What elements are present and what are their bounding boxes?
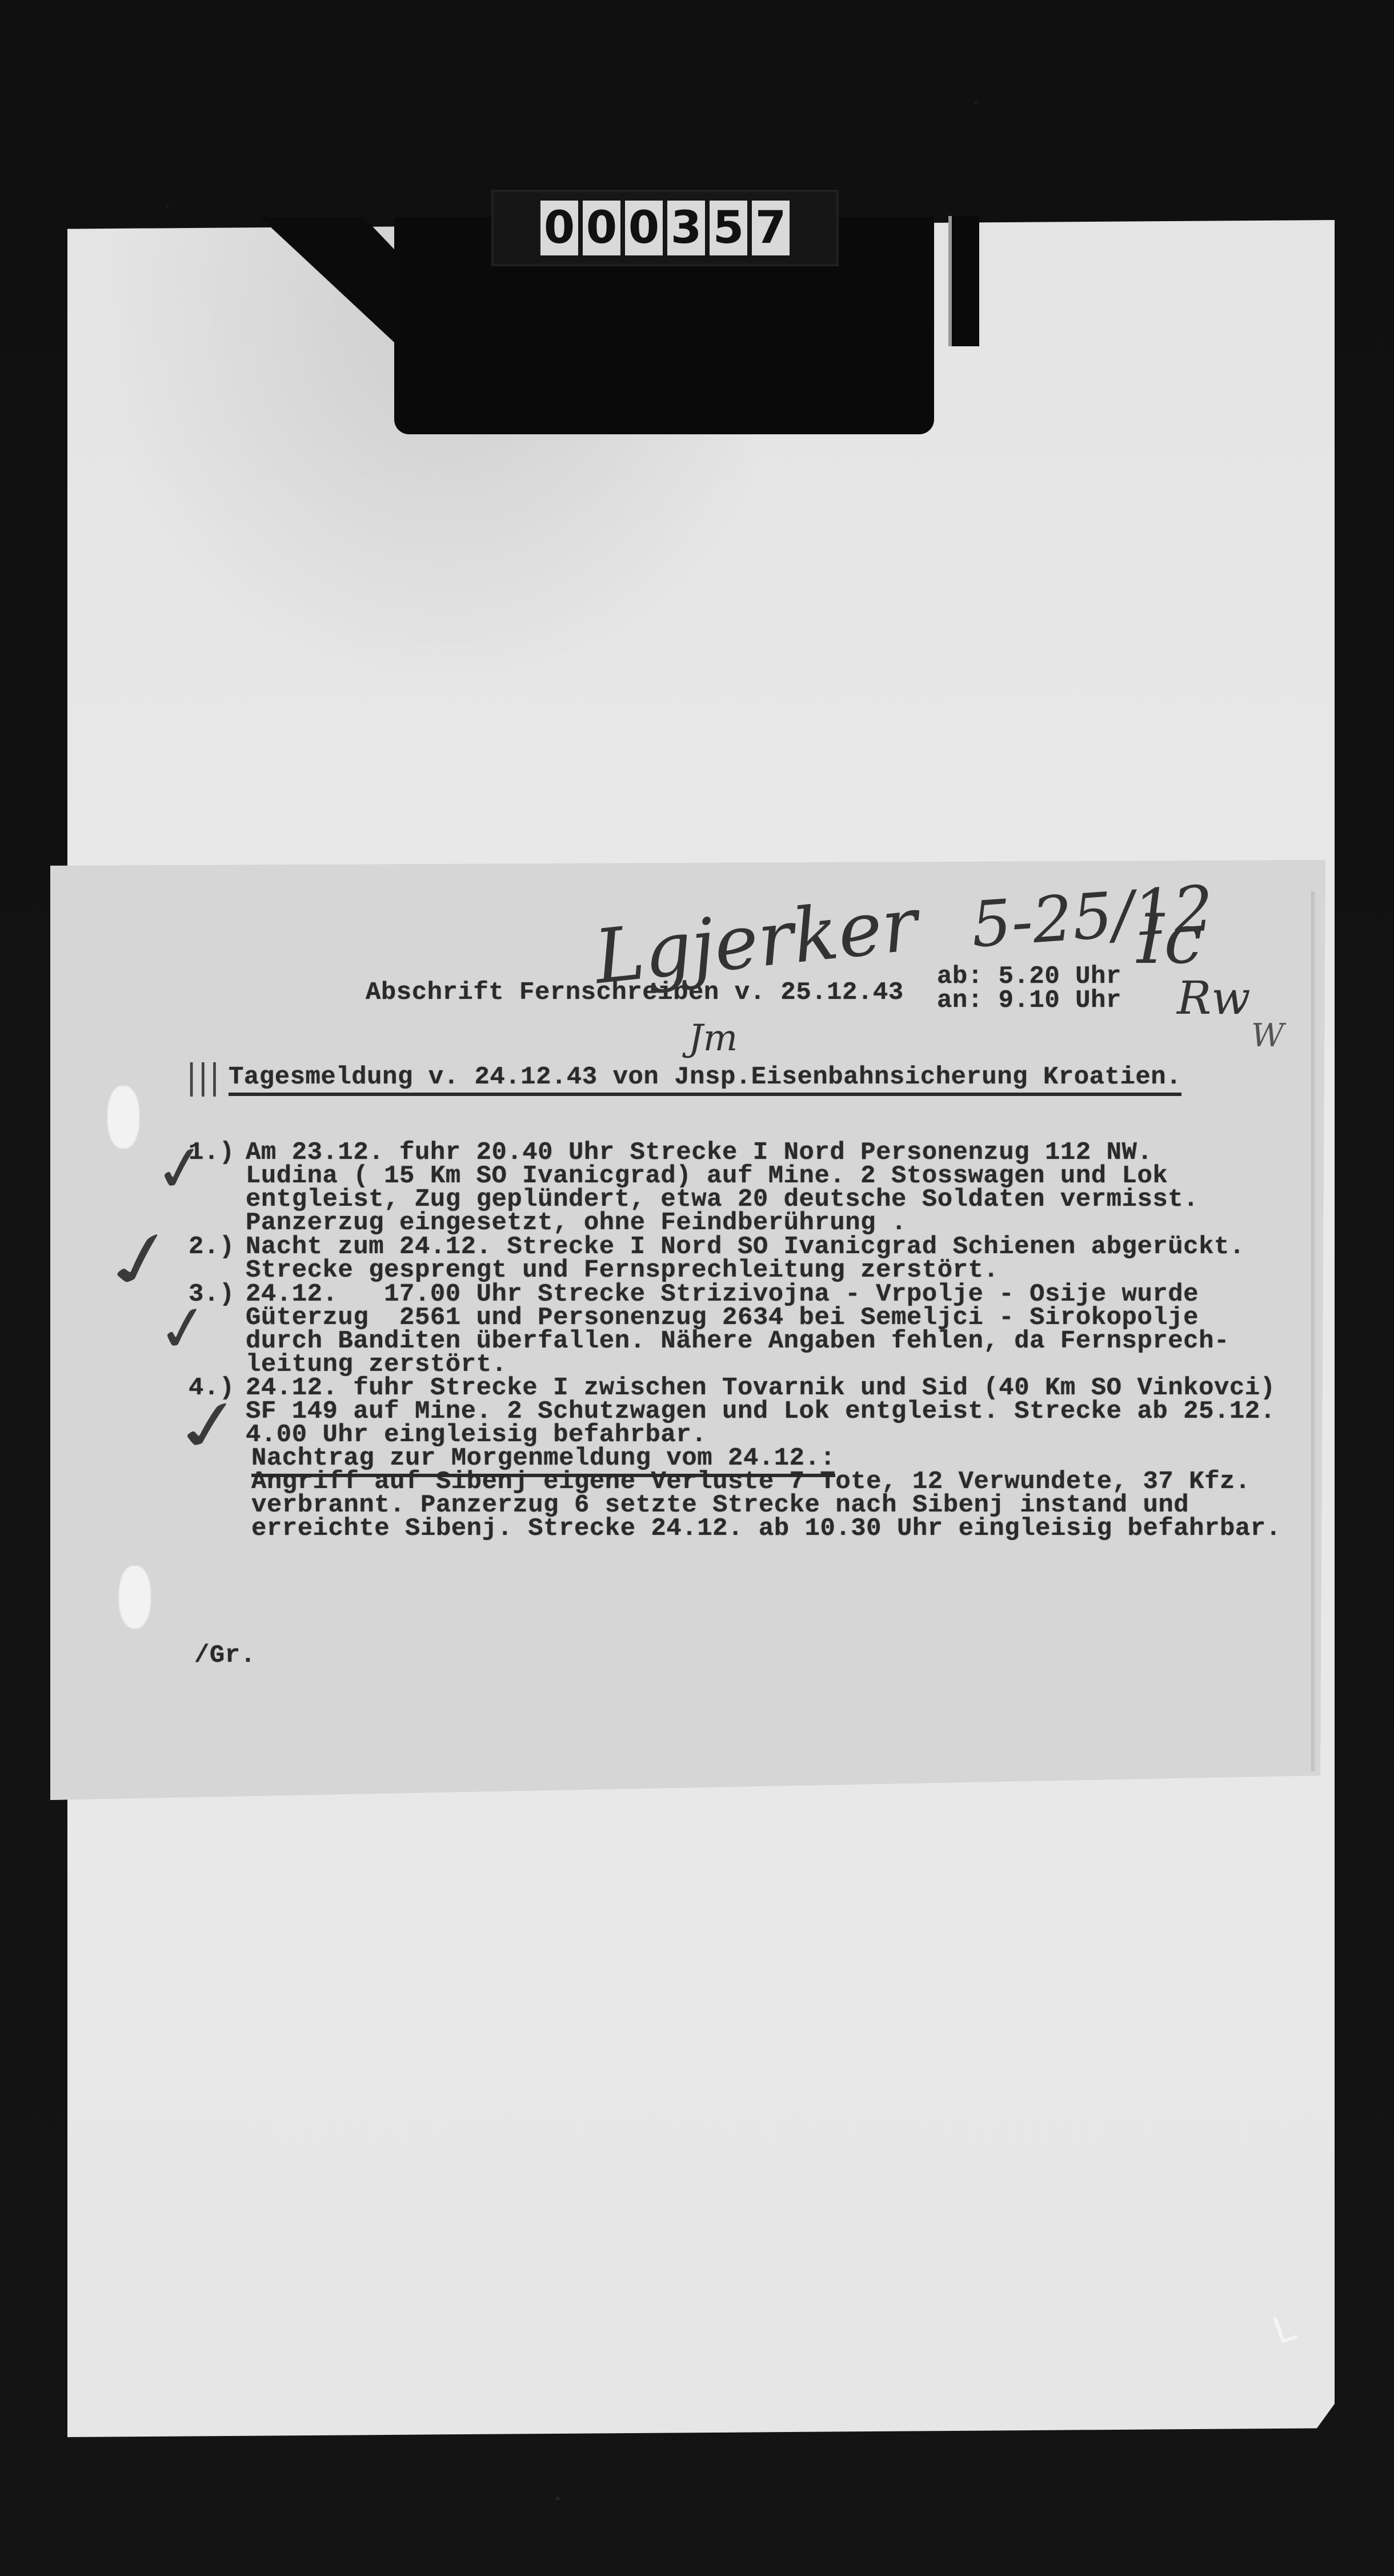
telex-right-fold <box>1311 891 1316 1771</box>
telex-subject: Tagesmeldung v. 24.12.43 von Jnsp.Eisenb… <box>229 1063 1181 1096</box>
sign-off-initials: /Gr. <box>194 1641 256 1670</box>
checkmark-icon: ✓ <box>153 1294 214 1363</box>
handwritten-initials-below-header: Jm <box>688 1017 738 1059</box>
frame-counter-side-bar <box>948 216 979 346</box>
handwritten-initials-right: Rw <box>1177 971 1251 1025</box>
counter-digit: 0 <box>540 201 578 255</box>
counter-digit: 0 <box>583 201 620 255</box>
counter-digit: 3 <box>667 201 705 255</box>
punch-hole <box>119 1566 151 1629</box>
punch-hole <box>107 1086 139 1149</box>
checkmark-icon: ✓ <box>150 1134 211 1203</box>
handwritten-department: Ic <box>1137 900 1203 979</box>
counter-digit: 7 <box>752 201 790 255</box>
addendum-line: erreichte Sibenj. Strecke 24.12. ab 10.3… <box>251 1514 1281 1543</box>
margin-mark: ||| <box>186 1057 221 1097</box>
checkmark-icon: ✓ <box>166 1386 253 1465</box>
handwritten-initials-far-right: W <box>1251 1017 1284 1054</box>
item-number: 2.) <box>189 1233 235 1261</box>
telex-time-received: an: 9.10 Uhr <box>937 986 1121 1015</box>
counter-digit: 5 <box>710 201 747 255</box>
frame-counter-display: 0 0 0 3 5 7 <box>491 190 839 266</box>
counter-digit: 0 <box>625 201 663 255</box>
